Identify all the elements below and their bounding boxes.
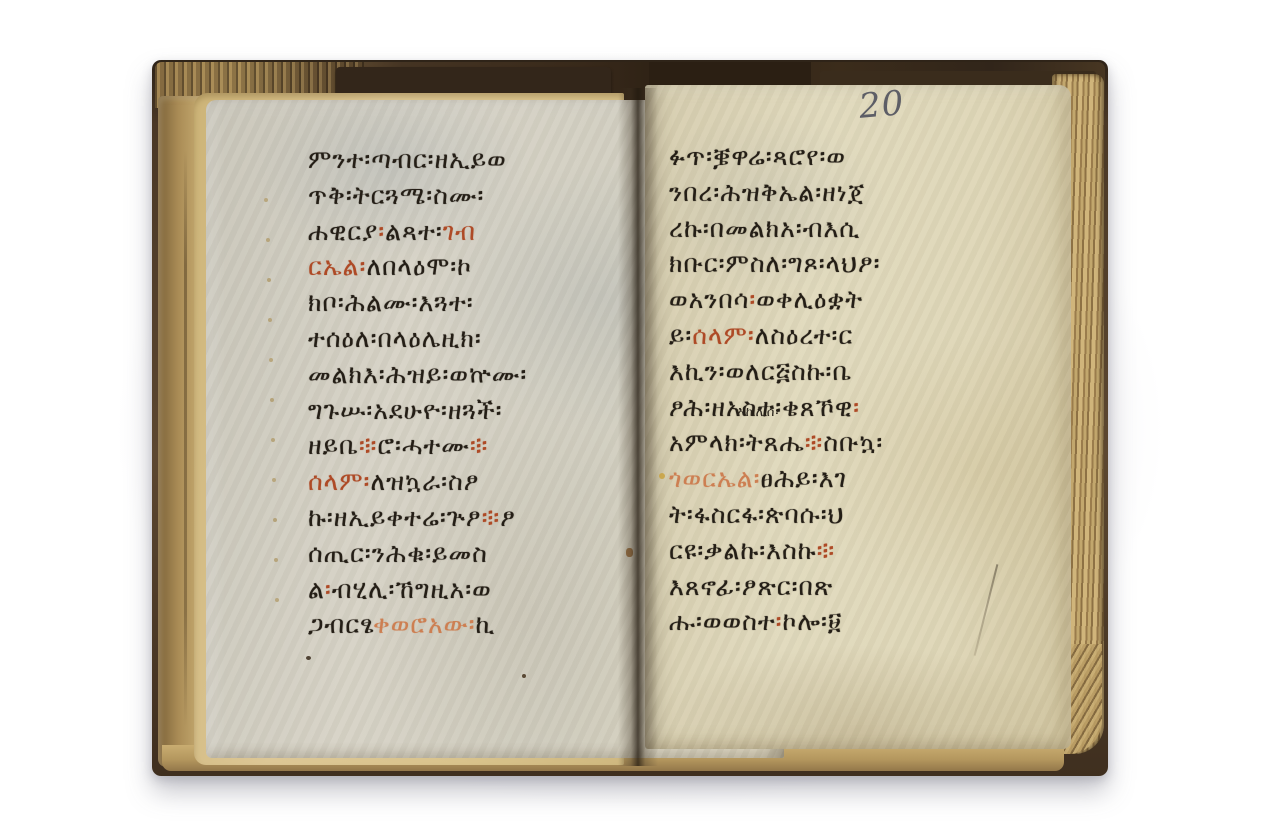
ink-black-segment: ንበረ፡ሕዝቅኤል፡ዘነጀ xyxy=(669,178,865,207)
rubric-red-segment: ርኤል፡ xyxy=(308,252,366,281)
rubric-red-segment: ፡ xyxy=(776,607,783,636)
ink-black-segment: ሑ፡ወወስተ xyxy=(669,607,776,636)
ink-black-segment: መልክእ፡ሕዝይ፡ወኵሙ፡ xyxy=(308,360,527,389)
ink-speck xyxy=(522,674,526,678)
text-line: ኩ፡ዘኢይቀተሬ፡ጕፆ፨ፆ xyxy=(308,500,638,536)
photo-background: ምንተ፡ጣብር፡ዘኢይወጥቅ፡ትርጓሜ፡ስሙ፡ሐዊርያ፡ልጻተ፡ገብርኤል፡ለበ… xyxy=(0,0,1273,823)
ink-black-segment: ፀሕይ፡እገ xyxy=(761,464,847,493)
text-line: ፆሕ፡ዘአስተ፡ቄጸኾዊ፡ xyxy=(669,390,1017,426)
ink-black-segment: ት፡ፋስርፋ፡ጵባሱ፡ህ xyxy=(669,500,844,529)
ink-black-segment: ል xyxy=(308,575,325,604)
pricking-holes xyxy=(264,198,268,202)
text-line: ል፡ብሂሊ፡ኸግዚአ፡ወ xyxy=(308,572,638,608)
text-line: ጥቅ፡ትርጓሜ፡ስሙ፡ xyxy=(308,178,638,214)
text-line: እኪን፡ወለር፭ስኩ፡ቤ xyxy=(669,354,1017,390)
text-line: ንበረ፡ሕዝቅኤል፡ዘነጀ xyxy=(669,175,1017,211)
text-line: ሑ፡ወወስተ፡ኮሎ፡፱ xyxy=(669,604,1017,640)
text-line: ዘይቤ፨ሮ፡ሓተሙ፨ xyxy=(308,428,638,464)
text-line: ርኤል፡ለበላዕሞ፡ኮ xyxy=(308,249,638,285)
right-page-text-block: ፉጥ፡ቜዋሬ፡ጻሮየ፡ወንበረ፡ሕዝቅኤል፡ዘነጀረኩ፡በመልክአ፡ብእሲክቡር… xyxy=(669,139,1017,640)
ink-black-segment: ለበላዕሞ፡ኮ xyxy=(366,252,471,281)
ink-black-segment: ክቡር፡ምስለ፡ግጾ፡ላህፆ፡ xyxy=(669,249,881,278)
text-line: ርዩ፡ቃልኩ፡እስኩ፨ xyxy=(669,533,1017,569)
ink-black-segment: ለዝኳራ፡ስፆ xyxy=(370,467,479,496)
wax-spot xyxy=(659,473,665,479)
rubric-red-segment: ፨ xyxy=(805,428,824,457)
rubric-red-segment: ቀወሮአው፡ xyxy=(373,610,476,639)
text-line: እጸኖፊ፡ፆጽር፡በጽ xyxy=(669,569,1017,605)
rubric-red-segment: ፨ xyxy=(470,431,489,460)
text-line: አምላክ፡ትጸሔ፨ስቡኳ፡ xyxy=(669,425,1017,461)
text-line: ጎወርኤል፡ፀሕይ፡እገ xyxy=(669,461,1017,497)
text-line: ምንተ፡ጣብር፡ዘኢይወ xyxy=(308,142,638,178)
text-line: ሰጢር፡ንሕቁ፡ይመስ xyxy=(308,536,638,572)
rubric-red-segment: ፨ xyxy=(359,431,378,460)
ink-black-segment: ወቀሊዕቋት xyxy=(756,285,863,314)
ink-black-segment: ምንተ፡ጣብር፡ዘኢይወ xyxy=(308,145,507,174)
text-line: ፉጥ፡ቜዋሬ፡ጻሮየ፡ወ xyxy=(669,139,1017,175)
ink-speck xyxy=(306,656,311,660)
text-line: ክቦ፡ሕልሙ፡እጓተ፡ xyxy=(308,285,638,321)
ink-black-segment: ኩ፡ዘኢይቀተሬ፡ጕፆ xyxy=(308,503,482,532)
ink-black-segment: ሐዊርያ xyxy=(308,217,378,246)
text-line: ጋብርፄቀወሮአው፡ኪ xyxy=(308,607,638,643)
rubric-red-segment: ፨ xyxy=(817,536,836,565)
ink-black-segment: ተሰዕለ፡በላዕሌዚክ፡ xyxy=(308,324,482,353)
text-line: ት፡ፋስርፋ፡ጵባሱ፡ህ xyxy=(669,497,1017,533)
text-line: ሐዊርያ፡ልጻተ፡ገብ xyxy=(308,214,638,250)
ink-black-segment: ይ፡ xyxy=(669,321,692,350)
ink-black-segment: አምላክ፡ትጸሔ xyxy=(669,428,805,457)
text-line: ይ፡ሰላም፡ለስዕረተ፡ር xyxy=(669,318,1017,354)
text-line: ተሰዕለ፡በላዕሌዚክ፡ xyxy=(308,321,638,357)
ink-black-segment: ልጻተ፡ xyxy=(385,217,443,246)
right-page-parchment: 20 ፉጥ፡ቜዋሬ፡ጻሮየ፡ወንበረ፡ሕዝቅኤል፡ዘነጀረኩ፡በመልክአ፡ብእሲ… xyxy=(645,85,1071,749)
ink-black-segment: ረኩ፡በመልክአ፡ብእሲ xyxy=(669,214,860,243)
ink-black-segment: ፆ xyxy=(500,503,516,532)
left-page-text-block: ምንተ፡ጣብር፡ዘኢይወጥቅ፡ትርጓሜ፡ስሙ፡ሐዊርያ፡ልጻተ፡ገብርኤል፡ለበ… xyxy=(308,142,638,643)
page-edge-crease xyxy=(184,150,187,727)
ink-black-segment: ስቡኳ፡ xyxy=(823,428,883,457)
ink-black-segment: ሮ፡ሓተሙ xyxy=(377,431,469,460)
ink-black-segment: ወአንበሳ xyxy=(669,285,749,314)
ink-black-segment: ግጉሡ፡አደሁዮ፡ዘጓች፡ xyxy=(308,396,503,425)
text-line: ሰላም፡ለዝኳራ፡ስፆ xyxy=(308,464,638,500)
folio-number-pencil: 20 xyxy=(857,85,906,127)
ink-black-segment: ኮሎ፡፱ xyxy=(783,607,843,636)
ink-black-segment: ብሂሊ፡ኸግዚአ፡ወ xyxy=(332,575,492,604)
text-line: ክቡር፡ምስለ፡ግጾ፡ላህፆ፡ xyxy=(669,246,1017,282)
rubric-red-segment: ሰላም፡ xyxy=(308,467,370,496)
ink-black-segment: እኪን፡ወለር፭ስኩ፡ቤ xyxy=(669,357,852,386)
ink-black-segment: እጸኖፊ፡ፆጽር፡በጽ xyxy=(669,572,833,601)
rubric-red-segment: ጎወርኤል፡ xyxy=(669,464,761,493)
rubric-red-segment: ፡ xyxy=(325,575,332,604)
interlinear-correction: እኬሊሰ፡ xyxy=(737,405,779,420)
ink-black-segment: ዘይቤ xyxy=(308,431,359,460)
rubric-red-segment: ገብ xyxy=(443,217,476,246)
ink-black-segment: ክቦ፡ሕልሙ፡እጓተ፡ xyxy=(308,288,474,317)
rubric-red-segment: ፨ xyxy=(482,503,501,532)
manuscript-book: ምንተ፡ጣብር፡ዘኢይወጥቅ፡ትርጓሜ፡ስሙ፡ሐዊርያ፡ልጻተ፡ገብርኤል፡ለበ… xyxy=(152,60,1108,776)
ink-black-segment: ኪ xyxy=(476,610,496,639)
ink-black-segment: ጋብርፄ xyxy=(308,610,373,639)
text-line: ግጉሡ፡አደሁዮ፡ዘጓች፡ xyxy=(308,393,638,429)
ink-black-segment: ለስዕረተ፡ር xyxy=(755,321,853,350)
text-line: ረኩ፡በመልክአ፡ብእሲ xyxy=(669,211,1017,247)
ink-black-segment: ፉጥ፡ቜዋሬ፡ጻሮየ፡ወ xyxy=(669,142,846,171)
rubric-red-segment: ሰላም፡ xyxy=(692,321,754,350)
text-line: ወአንበሳ፡ወቀሊዕቋት xyxy=(669,282,1017,318)
ink-black-segment: ሰጢር፡ንሕቁ፡ይመስ xyxy=(308,539,488,568)
ink-black-segment: ርዩ፡ቃልኩ፡እስኩ xyxy=(669,536,817,565)
rubric-red-segment: ፡ xyxy=(853,393,860,422)
ink-black-segment: ጥቅ፡ትርጓሜ፡ስሙ፡ xyxy=(308,181,484,210)
text-line: መልክእ፡ሕዝይ፡ወኵሙ፡ xyxy=(308,357,638,393)
